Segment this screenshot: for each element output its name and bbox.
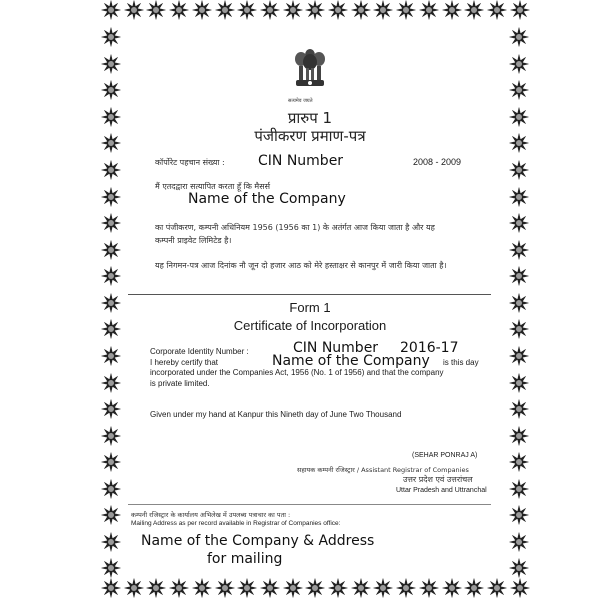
certificate-title: Certificate of Incorporation <box>0 318 600 333</box>
eight-point-star-icon <box>101 399 121 419</box>
eight-point-star-icon <box>124 578 144 598</box>
eight-point-star-icon <box>101 266 121 286</box>
eight-point-star-icon <box>192 578 212 598</box>
eight-point-star-icon <box>509 27 529 47</box>
eight-point-star-icon <box>101 346 121 366</box>
is-this-day: is this day <box>443 358 479 367</box>
eight-point-star-icon <box>396 578 416 598</box>
eight-point-star-icon <box>169 578 189 598</box>
eight-point-star-icon <box>101 160 121 180</box>
hindi-body-line2: कम्पनी प्राइवेट लिमिटेड है। <box>155 235 231 246</box>
eight-point-star-icon <box>305 578 325 598</box>
eight-point-star-icon <box>101 213 121 233</box>
eight-point-star-icon <box>101 479 121 499</box>
eight-point-star-icon <box>146 0 166 20</box>
eight-point-star-icon <box>305 0 325 20</box>
eight-point-star-icon <box>192 0 212 20</box>
body-line2: is private limited. <box>150 379 210 388</box>
eight-point-star-icon <box>509 558 529 578</box>
eight-point-star-icon <box>509 479 529 499</box>
mailing-address-line2: for mailing <box>207 551 282 567</box>
eight-point-star-icon <box>260 0 280 20</box>
eight-point-star-icon <box>510 578 530 598</box>
eight-point-star-icon <box>101 0 121 20</box>
eight-point-star-icon <box>328 0 348 20</box>
eight-point-star-icon <box>101 426 121 446</box>
eight-point-star-icon <box>101 532 121 552</box>
eight-point-star-icon <box>373 0 393 20</box>
hindi-year: 2008 - 2009 <box>413 157 461 167</box>
eight-point-star-icon <box>351 578 371 598</box>
company-name: Name of the Company <box>272 353 430 369</box>
eight-point-star-icon <box>509 80 529 100</box>
region-hindi: उत्तर प्रदेश एवं उत्तरांचल <box>403 474 473 485</box>
eight-point-star-icon <box>373 578 393 598</box>
eight-point-star-icon <box>260 578 280 598</box>
eight-point-star-icon <box>487 0 507 20</box>
eight-point-star-icon <box>215 0 235 20</box>
eight-point-star-icon <box>509 452 529 472</box>
hindi-certificate-title: पंजीकरण प्रमाण-पत्र <box>0 126 600 146</box>
eight-point-star-icon <box>101 54 121 74</box>
mailing-label-hindi: कम्पनी रजिस्ट्रार के कार्यालय अभिलेख में… <box>131 510 290 519</box>
mailing-address-line1: Name of the Company & Address <box>141 533 374 549</box>
eight-point-star-icon <box>101 240 121 260</box>
eight-point-star-icon <box>237 578 257 598</box>
eight-point-star-icon <box>509 426 529 446</box>
certify-label: I hereby certify that <box>150 358 218 367</box>
eight-point-star-icon <box>101 558 121 578</box>
section-divider <box>128 294 491 295</box>
eight-point-star-icon <box>509 187 529 207</box>
hindi-issue-line: यह निगमन-पत्र आज दिनांक नौ जून दो हजार आ… <box>155 260 447 271</box>
eight-point-star-icon <box>101 80 121 100</box>
eight-point-star-icon <box>442 0 462 20</box>
signatory-designation: सहायक कम्पनी रजिस्ट्रार / Assistant Regi… <box>297 465 469 474</box>
eight-point-star-icon <box>419 0 439 20</box>
hindi-company-name: Name of the Company <box>188 191 346 207</box>
eight-point-star-icon <box>124 0 144 20</box>
eight-point-star-icon <box>101 452 121 472</box>
eight-point-star-icon <box>442 578 462 598</box>
eight-point-star-icon <box>464 578 484 598</box>
eight-point-star-icon <box>509 160 529 180</box>
eight-point-star-icon <box>509 373 529 393</box>
eight-point-star-icon <box>101 27 121 47</box>
eight-point-star-icon <box>509 346 529 366</box>
hindi-body-line1: का पंजीकरण, कम्पनी अधिनियम 1956 (1956 का… <box>155 222 435 233</box>
eight-point-star-icon <box>215 578 235 598</box>
eight-point-star-icon <box>487 578 507 598</box>
eight-point-star-icon <box>146 578 166 598</box>
eight-point-star-icon <box>101 505 121 525</box>
body-line1: incorporated under the Companies Act, 19… <box>150 368 444 377</box>
emblem-motto: सत्यमेव जयते <box>288 98 313 104</box>
eight-point-star-icon <box>509 399 529 419</box>
eight-point-star-icon <box>509 266 529 286</box>
region-english: Uttar Pradesh and Uttranchal <box>396 487 487 494</box>
eight-point-star-icon <box>509 505 529 525</box>
eight-point-star-icon <box>419 578 439 598</box>
hindi-form-title: प्रारुप 1 <box>0 108 600 128</box>
eight-point-star-icon <box>101 373 121 393</box>
eight-point-star-icon <box>396 0 416 20</box>
signatory-name: (SEHAR PONRAJ A) <box>412 452 477 459</box>
ashoka-emblem-icon <box>290 46 330 96</box>
eight-point-star-icon <box>509 213 529 233</box>
eight-point-star-icon <box>509 54 529 74</box>
eight-point-star-icon <box>510 0 530 20</box>
eight-point-star-icon <box>101 578 121 598</box>
mailing-divider <box>128 504 491 505</box>
corporate-id-label: Corporate Identity Number : <box>150 347 249 356</box>
eight-point-star-icon <box>509 240 529 260</box>
eight-point-star-icon <box>101 187 121 207</box>
eight-point-star-icon <box>283 0 303 20</box>
eight-point-star-icon <box>351 0 371 20</box>
form-title: Form 1 <box>0 300 600 315</box>
mailing-label-english: Mailing Address as per record available … <box>131 520 340 527</box>
eight-point-star-icon <box>328 578 348 598</box>
eight-point-star-icon <box>464 0 484 20</box>
hindi-cin-value: CIN Number <box>258 153 343 169</box>
eight-point-star-icon <box>283 578 303 598</box>
eight-point-star-icon <box>169 0 189 20</box>
given-line: Given under my hand at Kanpur this Ninet… <box>150 410 401 419</box>
eight-point-star-icon <box>237 0 257 20</box>
eight-point-star-icon <box>509 532 529 552</box>
hindi-corporate-id-label: कॉर्पोरेट पहचान संख्या : <box>155 157 225 168</box>
